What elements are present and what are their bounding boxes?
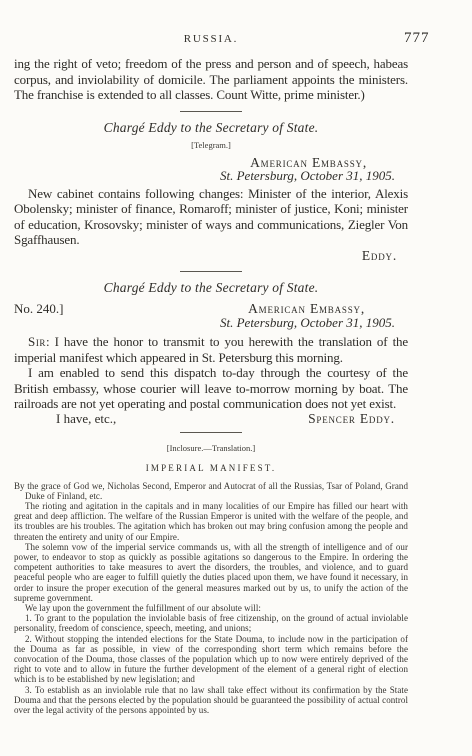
signature: Eddy. [14, 249, 408, 263]
telegram-tag: [Telegram.] [14, 140, 408, 150]
paragraph-text: ing the right of veto; freedom of the pr… [14, 56, 408, 103]
document-page: RUSSIA. 777 ing the right of veto; freed… [0, 0, 472, 756]
paragraph-text: Sir: I have the honor to transmit to you… [14, 334, 408, 365]
paragraph-text: The solemn vow of the imperial service c… [14, 542, 408, 603]
closing-text: I have, etc., [56, 412, 116, 426]
paragraph-text: 2. Without stopping the intended electio… [14, 634, 408, 685]
letter-heading: Chargé Eddy to the Secretary of State. [14, 120, 408, 135]
embassy-name: American Embassy, [14, 156, 408, 170]
embassy-block: American Embassy, St. Petersburg, Octobe… [14, 156, 408, 183]
dateline: St. Petersburg, October 31, 1905. [14, 315, 408, 331]
paragraph-text: The rioting and agitation in the capital… [14, 501, 408, 542]
manifest-body: By the grace of God we, Nicholas Second,… [14, 481, 408, 716]
section-divider [180, 111, 242, 112]
letter-dispatch: Chargé Eddy to the Secretary of State. N… [14, 280, 408, 426]
paragraph-text: I am enabled to send this dispatch to-da… [14, 365, 408, 412]
intro-paragraph: ing the right of veto; freedom of the pr… [14, 56, 408, 103]
reference-line: No. 240.] American Embassy, [14, 302, 408, 316]
inclosure-section: [Inclosure.—Translation.] IMPERIAL MANIF… [14, 443, 408, 716]
closing-line: I have, etc., Spencer Eddy. [14, 412, 408, 426]
letter-telegram: Chargé Eddy to the Secretary of State. [… [14, 120, 408, 263]
letter-body: New cabinet contains following changes: … [14, 186, 408, 248]
page-title: RUSSIA. [14, 33, 408, 45]
dateline: St. Petersburg, October 31, 1905. [14, 169, 408, 183]
manifest-title: IMPERIAL MANIFEST. [14, 463, 408, 473]
paragraph-text: 3. To establish as an inviolable rule th… [14, 685, 408, 716]
document-number: No. 240.] [14, 302, 63, 316]
salutation: Sir [28, 334, 46, 349]
letter-heading: Chargé Eddy to the Secretary of State. [14, 280, 408, 295]
paragraph-text: By the grace of God we, Nicholas Second,… [14, 481, 408, 501]
signature: Spencer Eddy. [308, 412, 408, 426]
paragraph-text: We lay upon the government the fulfillme… [14, 603, 408, 613]
paragraph-text: New cabinet contains following changes: … [14, 186, 408, 248]
section-divider [180, 432, 242, 433]
letter-body: Sir: I have the honor to transmit to you… [14, 334, 408, 412]
paragraph-text: 1. To grant to the population the inviol… [14, 613, 408, 633]
running-header: RUSSIA. 777 [14, 33, 408, 47]
section-divider [180, 271, 242, 272]
paragraph-text: : I have the honor to transmit to you he… [14, 334, 408, 365]
embassy-name: American Embassy, [248, 302, 408, 316]
page-number: 777 [404, 30, 430, 47]
inclosure-label: [Inclosure.—Translation.] [14, 443, 408, 453]
